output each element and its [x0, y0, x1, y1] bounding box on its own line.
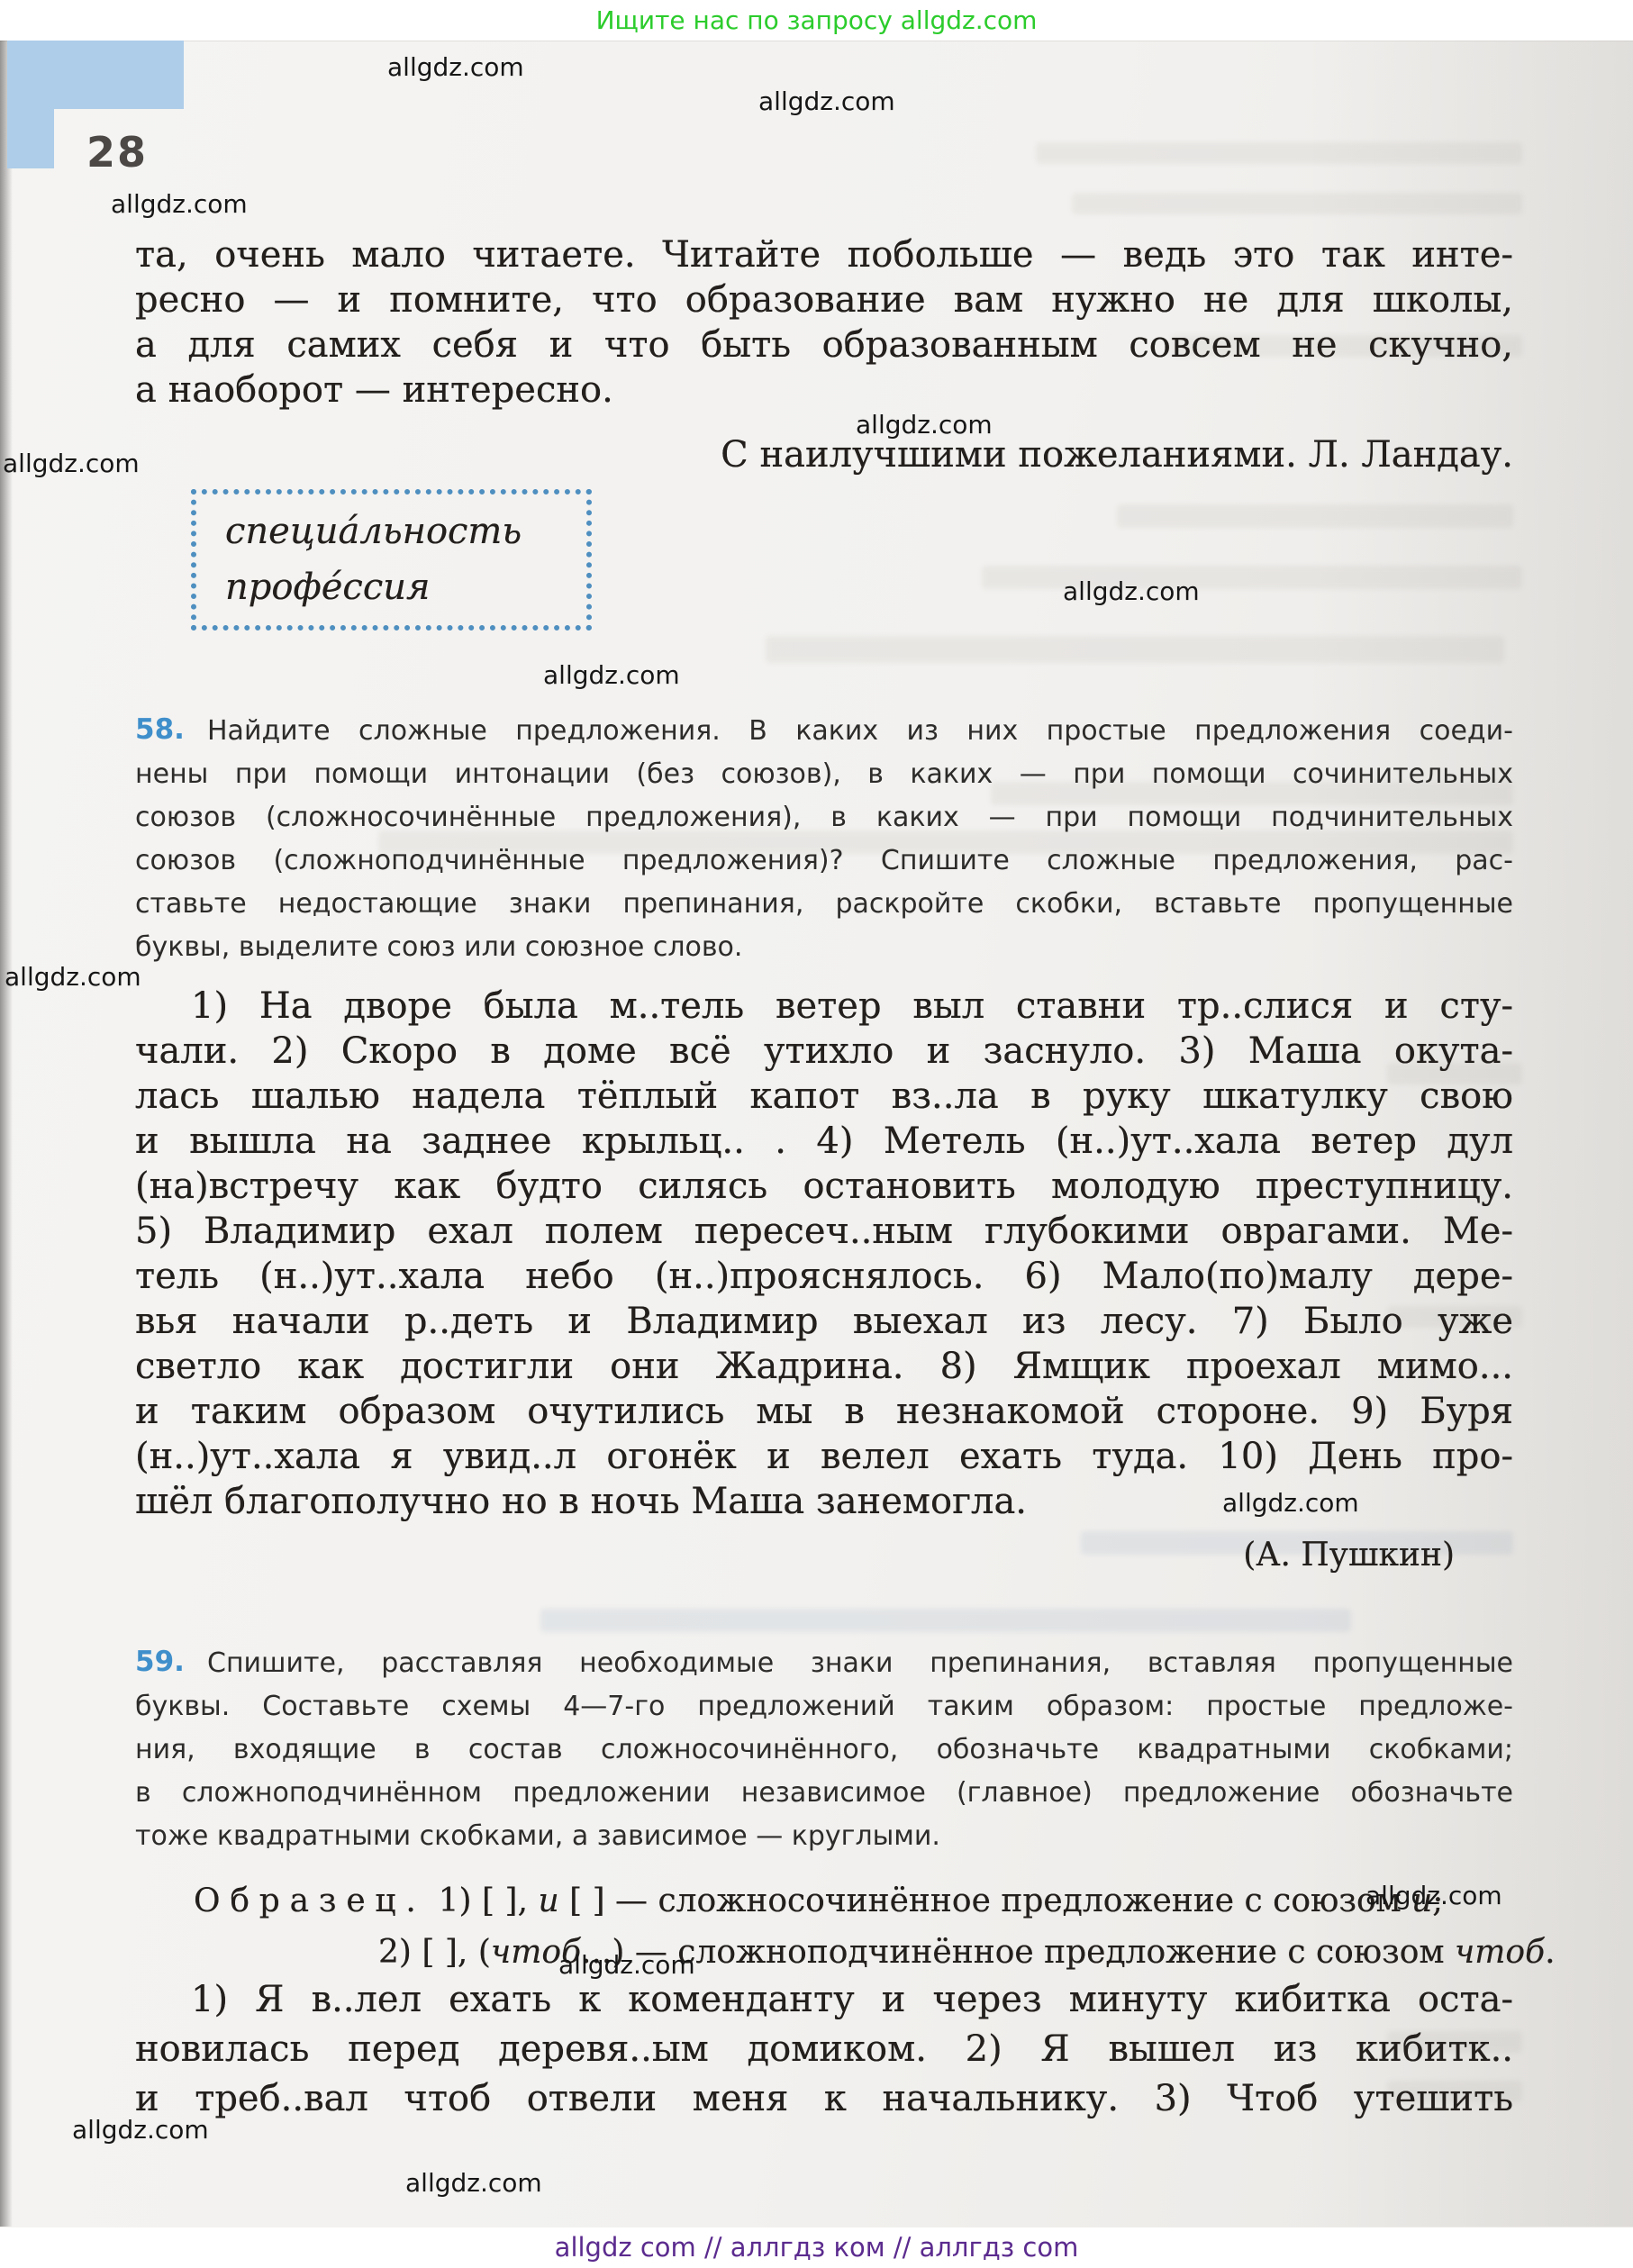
bleed-ghost	[1036, 142, 1522, 164]
sample-text-part: и	[538, 1882, 558, 1919]
text-line: (на)встречу как будто силясь остановить …	[135, 1164, 1513, 1209]
text-line: Найдите сложные предложения. В каких из …	[135, 710, 1513, 753]
watermark: allgdz.com	[72, 2115, 209, 2145]
text-line: ния, входящие в состав сложносочинённого…	[135, 1728, 1513, 1772]
watermark: allgdz.com	[5, 962, 141, 992]
text-line: ставьте недостающие знаки препинания, ра…	[135, 883, 1513, 926]
sample-label: Образец.	[194, 1882, 426, 1919]
text-line: Спишите, расставляя необходимые знаки пр…	[135, 1642, 1513, 1685]
bleed-ghost	[766, 636, 1504, 663]
textbook-scan-page: { "colors":{ "accent_blue":"#3f8fcb", "c…	[0, 0, 1633, 2268]
text-line: союзов (сложноподчинённые предложения)? …	[135, 839, 1513, 883]
text-line: тоже квадратными скобками, а зависимое —…	[135, 1815, 1513, 1858]
sample-text-part: чтоб	[1455, 1934, 1545, 1971]
watermark: allgdz.com	[1063, 576, 1200, 606]
intro-paragraph: та, очень мало читаете. Читайте побольше…	[135, 232, 1513, 413]
vocabulary-word: профе́ссия	[225, 559, 586, 615]
sample-scheme: 2) [ ], (чтоб...) — сложноподчинённое пр…	[378, 1934, 1556, 1971]
text-line: а наоборот — интересно.	[135, 367, 1513, 413]
text-line: 1) На дворе была м..тель ветер выл ставн…	[135, 984, 1513, 1029]
bleed-ghost	[1117, 504, 1513, 528]
bleed-ghost	[1072, 193, 1522, 214]
letter-attribution: С наилучшими пожеланиями. Л. Ландау.	[135, 434, 1513, 476]
text-line: а для самих себя и что быть образованным…	[135, 322, 1513, 367]
text-line: и треб..вал чтоб отвели меня к начальник…	[135, 2074, 1513, 2124]
exercise-58-sentences: 1) На дворе была м..тель ветер выл ставн…	[135, 984, 1513, 1524]
text-line: и вышла на заднее крыльц.. . 4) Метель (…	[135, 1119, 1513, 1164]
text-line: 5) Владимир ехал полем пересеч..ным глуб…	[135, 1209, 1513, 1254]
sample-line: 2) [ ], (чтоб...) — сложноподчинённое пр…	[194, 1927, 1518, 1978]
sample-text-part: ...) — сложноподчинённое предложение с с…	[581, 1934, 1455, 1971]
sample-text-part: 2) [ ], (	[378, 1934, 491, 1971]
sample-line: Образец.1) [ ], и [ ] — сложносочинённое…	[194, 1875, 1518, 1927]
text-line: вья начали р..деть и Владимир выехал из …	[135, 1299, 1513, 1344]
promo-banner-bottom: allgdz com // аллгдз ком // аллгдз com	[0, 2232, 1633, 2263]
watermark: allgdz.com	[3, 449, 140, 478]
text-line: чали. 2) Скоро в доме всё утихло и засну…	[135, 1029, 1513, 1074]
exercise-59-sample: Образец.1) [ ], и [ ] — сложносочинённое…	[194, 1875, 1518, 1978]
watermark: allgdz.com	[387, 52, 524, 82]
watermark: allgdz.com	[543, 660, 680, 690]
corner-decoration	[7, 41, 184, 109]
text-line: буквы, выделите союз или союзное слово.	[135, 926, 1513, 969]
watermark: allgdz.com	[558, 1950, 695, 1980]
watermark: allgdz.com	[758, 86, 895, 116]
sample-text-part: .	[1545, 1934, 1555, 1971]
vocabulary-word: специа́льность	[225, 503, 586, 559]
watermark: allgdz.com	[405, 2168, 542, 2198]
text-line: ресно — и помните, что образование вам н…	[135, 277, 1513, 322]
sample-scheme: 1) [ ], и [ ] — сложносочинённое предлож…	[439, 1882, 1444, 1919]
text-line: нены при помощи интонации (без союзов), …	[135, 753, 1513, 796]
page-edge-shadow	[0, 41, 13, 2227]
exercise-59-sentences: 1) Я в..лел ехать к коменданту и через м…	[135, 1975, 1513, 2124]
watermark: allgdz.com	[1365, 1881, 1502, 1910]
page-number: 28	[86, 128, 148, 177]
sample-text-part: [ ] — сложносочинённое предложение с сою…	[559, 1882, 1411, 1919]
corner-decoration	[7, 109, 54, 168]
text-line: в сложноподчинённом предложении независи…	[135, 1772, 1513, 1815]
bleed-ghost	[540, 1609, 1351, 1632]
text-line: светло как достигли они Жадрина. 8) Ямщи…	[135, 1344, 1513, 1389]
promo-banner-top: Ищите нас по запросу allgdz.com	[0, 5, 1633, 35]
vocabulary-box: специа́льность профе́ссия	[191, 489, 592, 631]
watermark: allgdz.com	[856, 410, 993, 440]
sample-text-part: 1) [ ],	[439, 1882, 539, 1919]
text-line: тель (н..)ут..хала небо (н..)прояснялось…	[135, 1254, 1513, 1299]
text-line: лась шалью надела тёплый капот вз..ла в …	[135, 1074, 1513, 1119]
text-line: 1) Я в..лел ехать к коменданту и через м…	[135, 1975, 1513, 2025]
author-attribution: (А. Пушкин)	[135, 1537, 1455, 1574]
text-line: и таким образом очутились мы в незнакомо…	[135, 1389, 1513, 1434]
exercise-59-task: Спишите, расставляя необходимые знаки пр…	[135, 1642, 1513, 1858]
watermark: allgdz.com	[1222, 1488, 1359, 1518]
text-line: та, очень мало читаете. Читайте побольше…	[135, 232, 1513, 277]
exercise-58-task: Найдите сложные предложения. В каких из …	[135, 710, 1513, 969]
text-line: буквы. Составьте схемы 4—7-го предложени…	[135, 1685, 1513, 1728]
text-line: (н..)ут..хала я увид..л огонёк и велел е…	[135, 1434, 1513, 1479]
watermark: allgdz.com	[111, 189, 248, 219]
text-line: новилась перед деревя..ым домиком. 2) Я …	[135, 2025, 1513, 2074]
text-line: союзов (сложносочинённые предложения), в…	[135, 796, 1513, 839]
